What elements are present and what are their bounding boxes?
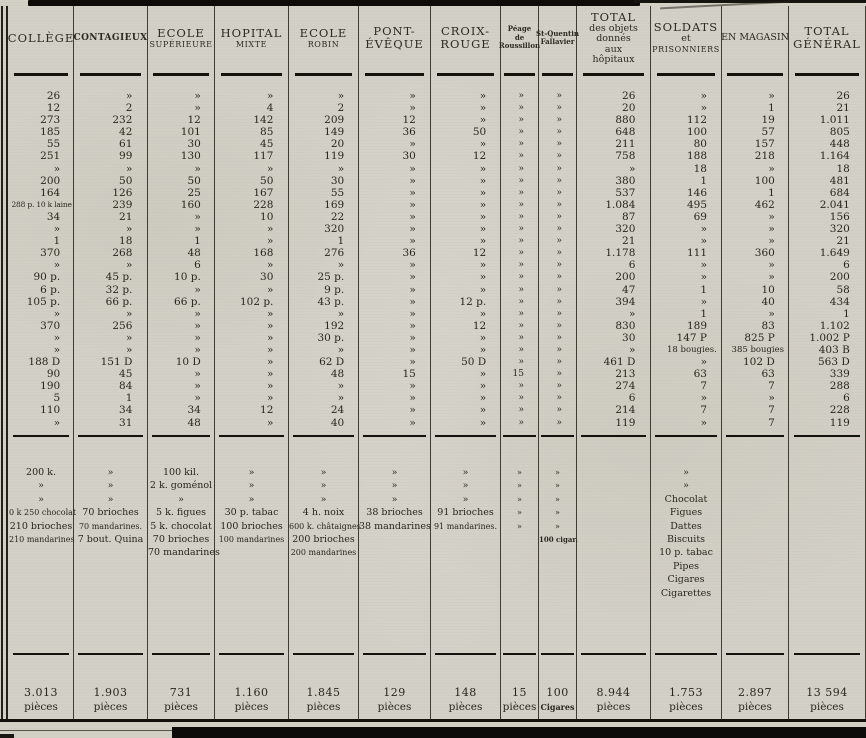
table-cell: 20 <box>289 138 358 150</box>
header-underline-rule <box>74 70 147 80</box>
total-value: 129 <box>359 686 430 700</box>
header-underline-rule <box>148 70 214 80</box>
table-cell: » <box>431 114 500 126</box>
goods-line: 100 kil. <box>148 466 214 479</box>
table-cell: 7 <box>722 380 788 392</box>
table-cell: » <box>359 163 430 175</box>
column-total-en-magasin: 2.897pièces <box>722 658 788 719</box>
table-cell: 119 <box>289 150 358 162</box>
table-cell: 1 <box>289 235 358 247</box>
total-unit: pièces <box>722 700 788 714</box>
table-cell: » <box>722 271 788 283</box>
table-cell: 45 <box>74 368 147 380</box>
table-cell: » <box>74 90 147 102</box>
column-goods-section: »»»»» <box>501 440 538 650</box>
table-cell: » <box>431 102 500 114</box>
table-cell: 111 <box>651 247 721 259</box>
table-cell: 12 p. <box>431 296 500 308</box>
column-header-ecole-superieure: ECOLESUPÉRIEURE <box>148 6 214 70</box>
table-cell: » <box>539 284 576 296</box>
goods-line: » <box>289 493 358 506</box>
table-cell: 10 p. <box>148 271 214 283</box>
column-header-line: hôpitaux <box>593 55 635 66</box>
table-cell: 273 <box>9 114 73 126</box>
goods-line: » <box>289 479 358 492</box>
column-total-hopitaux: TOTALdes objetsdonnésauxhôpitaux26208806… <box>577 6 651 719</box>
table-cell: 232 <box>74 114 147 126</box>
table-cell: 83 <box>722 320 788 332</box>
table-cell: 119 <box>789 417 865 429</box>
table-cell: 6 p. <box>9 284 73 296</box>
goods-line: 200 brioches <box>289 533 358 546</box>
table-cell: 30 <box>289 175 358 187</box>
column-goods-section: »»ChocolatFiguesDattesBiscuits10 p. taba… <box>651 440 721 650</box>
table-cell: » <box>74 308 147 320</box>
total-value: 3.013 <box>9 686 73 700</box>
table-cell: » <box>431 163 500 175</box>
table-cell: » <box>289 308 358 320</box>
table-cell: » <box>539 114 576 126</box>
column-total-ecole-superieure: 731pièces <box>148 658 214 719</box>
table-cell: 5 <box>9 392 73 404</box>
table-cell: » <box>651 102 721 114</box>
column-header-line: TOTAL <box>591 11 636 24</box>
column-total-total-hopitaux: 8.944pièces <box>577 658 650 719</box>
table-cell: 32 p. <box>74 284 147 296</box>
table-cell: 211 <box>577 138 650 150</box>
table-cell: 12 <box>215 404 288 416</box>
column-goods-section <box>577 440 650 650</box>
total-value: 1.753 <box>651 686 721 700</box>
table-cell: 403 B <box>789 344 865 356</box>
table-cell: 63 <box>722 368 788 380</box>
column-values-section: 261227318555251»200164288 p. 10 k laine3… <box>9 80 73 432</box>
table-cell: » <box>501 259 538 271</box>
goods-line: » <box>9 493 73 506</box>
table-cell: 80 <box>651 138 721 150</box>
table-cell: » <box>651 417 721 429</box>
totals-divider-rule <box>74 650 147 658</box>
table-cell: 85 <box>215 126 288 138</box>
goods-line: » <box>501 479 538 492</box>
table-cell: » <box>215 392 288 404</box>
table-cell: 251 <box>9 150 73 162</box>
table-cell: » <box>9 163 73 175</box>
table-cell: 188 <box>651 150 721 162</box>
goods-line: » <box>431 493 500 506</box>
table-cell: » <box>431 332 500 344</box>
table-cell: » <box>501 126 538 138</box>
total-value: 8.944 <box>577 686 650 700</box>
table-cell: » <box>359 417 430 429</box>
column-total-contagieux: 1.903pièces <box>74 658 147 719</box>
table-cell: 19 <box>722 114 788 126</box>
table-cell: » <box>289 163 358 175</box>
table-cell: » <box>722 235 788 247</box>
table-cell: » <box>359 380 430 392</box>
table-cell: 7 <box>651 380 721 392</box>
table-cell: » <box>148 211 214 223</box>
table-cell: » <box>74 332 147 344</box>
column-header-line: ECOLE <box>300 27 348 40</box>
column-header-line: COLLÈGE <box>8 32 74 45</box>
table-cell: 4 <box>215 102 288 114</box>
table-cell: 21 <box>577 235 650 247</box>
table-cell: 1 <box>74 392 147 404</box>
table-cell: » <box>539 175 576 187</box>
table-cell: » <box>501 199 538 211</box>
table-cell: 34 <box>74 404 147 416</box>
column-goods-section: »»»70 brioches70 mandarines.7 bout. Quin… <box>74 440 147 650</box>
table-cell: 66 p. <box>148 296 214 308</box>
table-cell: » <box>501 163 538 175</box>
goods-line: » <box>651 479 721 492</box>
column-goods-section <box>722 440 788 650</box>
total-unit: pièces <box>289 700 358 714</box>
column-header-total-general: TOTALGÉNÉRAL <box>789 6 865 70</box>
table-cell: » <box>722 308 788 320</box>
table-cell: » <box>501 247 538 259</box>
column-total-college: 3.013pièces <box>9 658 73 719</box>
table-cell: » <box>9 259 73 271</box>
table-cell: 30 <box>577 332 650 344</box>
total-value: 13 594 <box>789 686 865 700</box>
table-cell: 825 P <box>722 332 788 344</box>
goods-line: 91 mandarines. <box>431 520 500 533</box>
table-cell: » <box>501 102 538 114</box>
table-cell: » <box>289 259 358 271</box>
goods-line: » <box>539 493 576 506</box>
table-cell: 15 <box>359 368 430 380</box>
table-cell: » <box>148 320 214 332</box>
table-cell: 130 <box>148 150 214 162</box>
totals-divider-rule <box>215 650 288 658</box>
column-pont-eveque: PONT-ÉVÊQUE»»1236»30»»»»»»»36»»»»»»»»»15… <box>359 6 431 719</box>
section-divider-rule <box>359 432 430 440</box>
table-cell: » <box>359 308 430 320</box>
table-cell: 380 <box>577 175 650 187</box>
header-underline-rule <box>215 70 288 80</box>
column-header-line: HOPITAL <box>221 27 283 40</box>
table-cell: » <box>722 163 788 175</box>
table-cell: 57 <box>722 126 788 138</box>
table-cell: » <box>539 356 576 368</box>
table-cell: 36 <box>359 126 430 138</box>
table-cell: » <box>215 332 288 344</box>
table-cell: » <box>359 102 430 114</box>
totals-divider-rule <box>501 650 538 658</box>
table-cell: 189 <box>651 320 721 332</box>
table-cell: 320 <box>789 223 865 235</box>
table-cell: » <box>539 187 576 199</box>
table-cell: » <box>359 404 430 416</box>
column-total-pont-eveque: 129pièces <box>359 658 430 719</box>
column-total-total-general: 13 594pièces <box>789 658 865 719</box>
table-cell: 45 p. <box>74 271 147 283</box>
table-cell: » <box>148 163 214 175</box>
table-cell: » <box>431 392 500 404</box>
goods-line: » <box>9 479 73 492</box>
table-cell: 7 <box>651 404 721 416</box>
totals-divider-rule <box>577 650 650 658</box>
table-cell: » <box>359 175 430 187</box>
header-underline-rule <box>431 70 500 80</box>
goods-line: » <box>289 466 358 479</box>
table-cell: » <box>74 344 147 356</box>
column-hopital-mixte: HOPITALMIXTE»41428545117»5016722810»»168… <box>215 6 289 719</box>
table-cell: » <box>359 223 430 235</box>
table-cell: 18 bougies. <box>651 344 721 356</box>
table-cell: » <box>539 320 576 332</box>
table-cell: » <box>289 392 358 404</box>
column-total-hopital-mixte: 1.160pièces <box>215 658 288 719</box>
table-cell: 18 <box>789 163 865 175</box>
column-goods-section: »»»30 p. tabac100 brioches100 mandarines <box>215 440 288 650</box>
table-cell: » <box>431 368 500 380</box>
goods-line: » <box>539 506 576 519</box>
table-cell: » <box>501 271 538 283</box>
column-goods-section: »»»4 h. noix600 k. châtaignes200 brioche… <box>289 440 358 650</box>
total-unit: pièces <box>501 700 538 714</box>
totals-divider-rule <box>722 650 788 658</box>
header-underline-rule <box>789 70 865 80</box>
column-college: COLLÈGE261227318555251»200164288 p. 10 k… <box>9 6 74 719</box>
column-en-magasin: EN MAGASIN»11957157218»1001462»»»360»»10… <box>722 6 789 719</box>
table-cell: 434 <box>789 296 865 308</box>
table-cell: » <box>501 320 538 332</box>
total-unit: pièces <box>577 700 650 714</box>
table-cell: 26 <box>577 90 650 102</box>
column-peage-de-roussillon: PéagedeRoussillon»»»»»»»»»»»»»»»»»»»»»»»… <box>501 6 539 719</box>
table-cell: 320 <box>289 223 358 235</box>
table-cell: » <box>215 259 288 271</box>
goods-line: » <box>359 493 430 506</box>
table-cell: » <box>148 223 214 235</box>
table-cell: » <box>501 380 538 392</box>
table-cell: 50 D <box>431 356 500 368</box>
column-header-line: PRISONNIERS <box>652 45 720 55</box>
table-cell: 105 p. <box>9 296 73 308</box>
totals-divider-rule <box>289 650 358 658</box>
goods-line: Cigares <box>651 573 721 586</box>
table-cell: » <box>74 259 147 271</box>
table-cell: » <box>577 308 650 320</box>
table-cell: » <box>215 223 288 235</box>
table-cell: 188 D <box>9 356 73 368</box>
table-cell: » <box>359 259 430 271</box>
table-cell: » <box>501 356 538 368</box>
table-cell: » <box>215 90 288 102</box>
section-divider-rule <box>289 432 358 440</box>
table-cell: » <box>148 344 214 356</box>
goods-line: » <box>651 466 721 479</box>
table-cell: 50 <box>431 126 500 138</box>
table-cell: 31 <box>74 417 147 429</box>
table-cell: 15 <box>501 368 538 380</box>
goods-line: Biscuits <box>651 533 721 546</box>
table-cell: » <box>359 211 430 223</box>
table-cell: » <box>501 344 538 356</box>
total-value: 731 <box>148 686 214 700</box>
column-values-section: »»1210130130»5025160»»148610 p.»66 p.»»»… <box>148 80 214 432</box>
totals-divider-rule <box>148 650 214 658</box>
table-cell: » <box>431 404 500 416</box>
goods-line: 200 mandarines <box>289 546 358 559</box>
table-cell: 339 <box>789 368 865 380</box>
table-cell: 21 <box>789 235 865 247</box>
table-cell: 288 <box>789 380 865 392</box>
table-cell: 200 <box>789 271 865 283</box>
table-cell: 6 <box>577 259 650 271</box>
table-cell: » <box>74 163 147 175</box>
table-cell: 2 <box>74 102 147 114</box>
table-cell: 99 <box>74 150 147 162</box>
table-cell: 1.649 <box>789 247 865 259</box>
table-cell: » <box>539 404 576 416</box>
goods-line: 100 cigar. <box>539 533 576 546</box>
table-cell: 1 <box>789 308 865 320</box>
table-cell: » <box>215 344 288 356</box>
table-cell: 90 p. <box>9 271 73 283</box>
goods-line: » <box>431 479 500 492</box>
table-cell: 112 <box>651 114 721 126</box>
section-divider-rule <box>431 432 500 440</box>
table-cell: » <box>215 368 288 380</box>
table-cell: » <box>215 235 288 247</box>
table-cell: » <box>539 392 576 404</box>
table-cell: » <box>539 247 576 259</box>
table-cell: 101 <box>148 126 214 138</box>
table-cell: 268 <box>74 247 147 259</box>
table-cell: » <box>651 356 721 368</box>
goods-line: » <box>501 506 538 519</box>
table-cell: 6 <box>789 392 865 404</box>
table-cell: 256 <box>74 320 147 332</box>
table-cell: 48 <box>148 417 214 429</box>
table-cell: 320 <box>577 223 650 235</box>
table-cell: » <box>539 102 576 114</box>
goods-line: 70 mandarines <box>148 546 214 559</box>
table-cell: 12 <box>431 320 500 332</box>
column-st-quentin-fallavier: St-QuentinFallavier»»»»»»»»»»»»»»»»»»»»»… <box>539 6 577 719</box>
table-cell: 26 <box>9 90 73 102</box>
table-cell: » <box>501 235 538 247</box>
table-cell: » <box>9 332 73 344</box>
goods-line: 0 k 250 chocolat <box>9 506 73 519</box>
goods-line: » <box>501 520 538 533</box>
table-cell: 10 <box>722 284 788 296</box>
table-cell: 880 <box>577 114 650 126</box>
table-cell: 30 <box>359 150 430 162</box>
table-cell: 18 <box>651 163 721 175</box>
section-divider-rule <box>789 432 865 440</box>
column-goods-section: »»»38 brioches38 mandarines <box>359 440 430 650</box>
table-cell: 21 <box>74 211 147 223</box>
table-cell: » <box>501 114 538 126</box>
totals-divider-rule <box>539 650 576 658</box>
table-cell: 200 <box>577 271 650 283</box>
table-cell: » <box>431 271 500 283</box>
table-cell: 218 <box>722 150 788 162</box>
table-cell: 213 <box>577 368 650 380</box>
column-header-line: SUPÉRIEURE <box>149 40 212 50</box>
header-underline-rule <box>577 70 650 80</box>
table-cell: » <box>501 187 538 199</box>
column-header-st-quentin-fallavier: St-QuentinFallavier <box>539 6 576 70</box>
section-divider-rule <box>501 432 538 440</box>
table-cell: » <box>431 175 500 187</box>
total-value: 2.897 <box>722 686 788 700</box>
section-divider-rule <box>215 432 288 440</box>
scanned-document-page: COLLÈGE261227318555251»200164288 p. 10 k… <box>0 0 866 738</box>
table-cell: » <box>289 344 358 356</box>
table-cell: 34 <box>9 211 73 223</box>
column-total-peage-de-roussillon: 15pièces <box>501 658 538 719</box>
table-cell: 495 <box>651 199 721 211</box>
table-cell: » <box>539 259 576 271</box>
goods-line: Figues <box>651 506 721 519</box>
header-underline-rule <box>289 70 358 80</box>
table-cell: » <box>431 417 500 429</box>
table-cell: 239 <box>74 199 147 211</box>
table-cell: » <box>539 417 576 429</box>
table-cell: » <box>501 211 538 223</box>
table-cell: » <box>359 284 430 296</box>
table-cell: 126 <box>74 187 147 199</box>
table-cell: » <box>431 259 500 271</box>
table-cell: 48 <box>289 368 358 380</box>
goods-line: Pipes <box>651 560 721 573</box>
table-cell: 563 D <box>789 356 865 368</box>
table-cell: » <box>539 332 576 344</box>
column-header-line: et <box>681 34 690 45</box>
table-cell: 185 <box>9 126 73 138</box>
column-goods-section: »»»91 brioches91 mandarines. <box>431 440 500 650</box>
table-cell: 69 <box>651 211 721 223</box>
table-cell: 228 <box>789 404 865 416</box>
column-header-college: COLLÈGE <box>9 6 73 70</box>
table-cell: 1.164 <box>789 150 865 162</box>
goods-line: 5 k. figues <box>148 506 214 519</box>
table-cell: 24 <box>289 404 358 416</box>
column-goods-section: 100 kil.2 k. goménol»5 k. figues5 k. cho… <box>148 440 214 650</box>
total-unit: pièces <box>651 700 721 714</box>
column-values-section: »»»»»»»»»»»»»»»»»»»»»»»15»»»» <box>501 80 538 432</box>
table-cell: » <box>431 308 500 320</box>
column-ecole-robin: ECOLEROBIN»220914920119»3055169223201276… <box>289 6 359 719</box>
table-cell: 1.102 <box>789 320 865 332</box>
table-cell: 149 <box>289 126 358 138</box>
column-values-section: »»1236»30»»»»»»»36»»»»»»»»»15»»»» <box>359 80 430 432</box>
table-cell: » <box>359 187 430 199</box>
table-cell: » <box>431 344 500 356</box>
goods-line: » <box>74 493 147 506</box>
table-cell: » <box>539 308 576 320</box>
table-cell: » <box>215 356 288 368</box>
totals-divider-rule <box>789 650 865 658</box>
header-underline-rule <box>722 70 788 80</box>
goods-line: » <box>501 493 538 506</box>
table-cell: » <box>359 356 430 368</box>
table-cell: 360 <box>722 247 788 259</box>
table-cell: 9 p. <box>289 284 358 296</box>
column-goods-section: »»»»»100 cigar. <box>539 440 576 650</box>
header-underline-rule <box>9 70 73 80</box>
table-cell: » <box>539 90 576 102</box>
column-ecole-superieure: ECOLESUPÉRIEURE»»1210130130»5025160»»148… <box>148 6 215 719</box>
table-cell: 63 <box>651 368 721 380</box>
table-cell: » <box>651 259 721 271</box>
